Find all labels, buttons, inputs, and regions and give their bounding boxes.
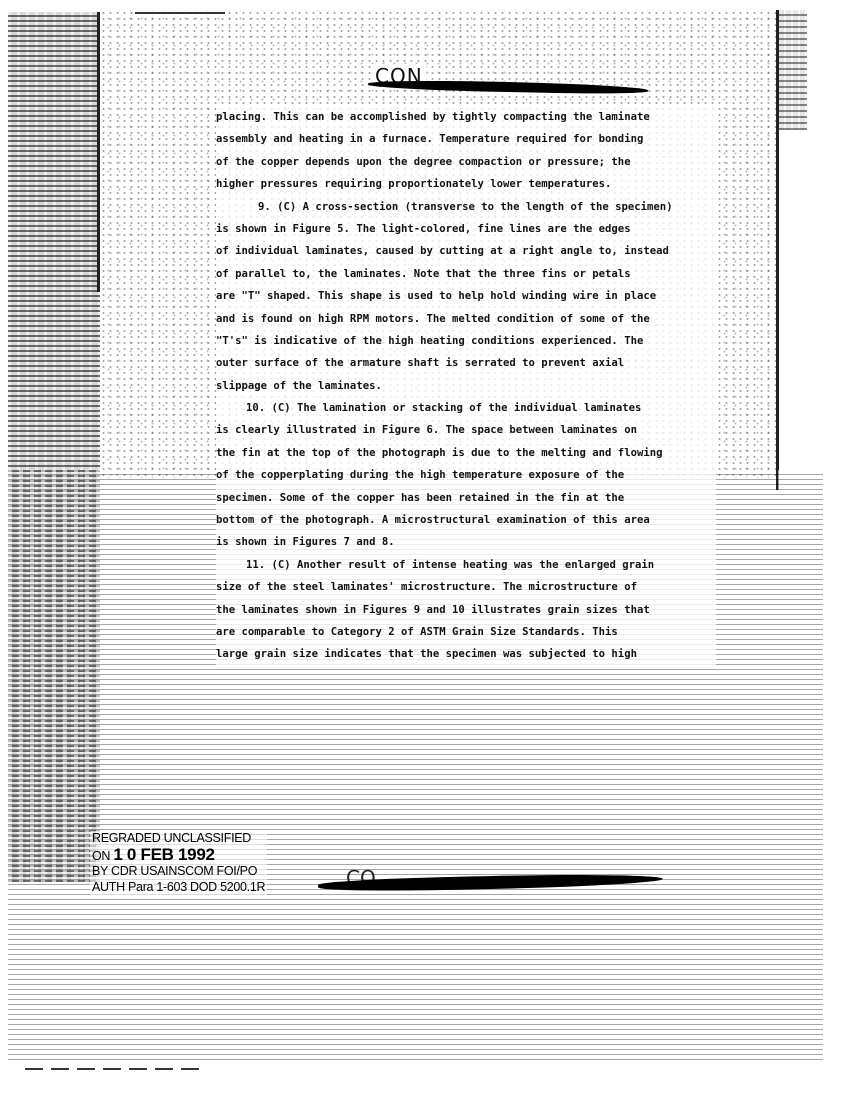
text-line: slippage of the laminates. [216,375,716,397]
bottom-dash-marks [25,1068,205,1070]
regrade-line-4: AUTH Para 1-603 DOD 5200.1R [92,880,265,896]
top-dash-mark [135,12,225,14]
regrade-line-3: BY CDR USAINSCOM FOI/PO [92,864,265,880]
text-line: and is found on high RPM motors. The mel… [216,308,716,330]
text-line: "T's" is indicative of the high heating … [216,330,716,352]
text-line: bottom of the photograph. A microstructu… [216,509,716,531]
paragraph-10-first-line: 10. (C) The lamination or stacking of th… [216,397,716,419]
text-line: the laminates shown in Figures 9 and 10 … [216,599,716,621]
text-line: the fin at the top of the photograph is … [216,442,716,464]
text-line: of the copper depends upon the degree co… [216,151,716,173]
regrade-stamp: REGRADED UNCLASSIFIED ON 1 0 FEB 1992 BY… [90,831,267,895]
text-line: of parallel to, the laminates. Note that… [216,263,716,285]
text-line: large grain size indicates that the spec… [216,643,716,665]
regrade-date: 1 0 FEB 1992 [113,845,214,864]
document-body: placing. This can be accomplished by tig… [216,106,716,666]
text-line: are comparable to Category 2 of ASTM Gra… [216,621,716,643]
text-line: is shown in Figures 7 and 8. [216,531,716,553]
paragraph-9-first-line: 9. (C) A cross-section (transverse to th… [216,196,716,218]
text-line: higher pressures requiring proportionate… [216,173,716,195]
text-line: outer surface of the armature shaft is s… [216,352,716,374]
text-line: placing. This can be accomplished by tig… [216,106,716,128]
regrade-line-2: ON 1 0 FEB 1992 [92,847,265,865]
text-line: specimen. Some of the copper has been re… [216,487,716,509]
text-line: is clearly illustrated in Figure 6. The … [216,419,716,441]
text-line: are "T" shaped. This shape is used to he… [216,285,716,307]
scan-noise-right-column [777,10,807,130]
text-line: of the copperplating during the high tem… [216,464,716,486]
regrade-on-label: ON [92,849,110,863]
text-line: of individual laminates, caused by cutti… [216,240,716,262]
paragraph-11-first-line: 11. (C) Another result of intense heatin… [216,554,716,576]
text-line: is shown in Figure 5. The light-colored,… [216,218,716,240]
text-line: size of the steel laminates' microstruct… [216,576,716,598]
text-line: assembly and heating in a furnace. Tempe… [216,128,716,150]
